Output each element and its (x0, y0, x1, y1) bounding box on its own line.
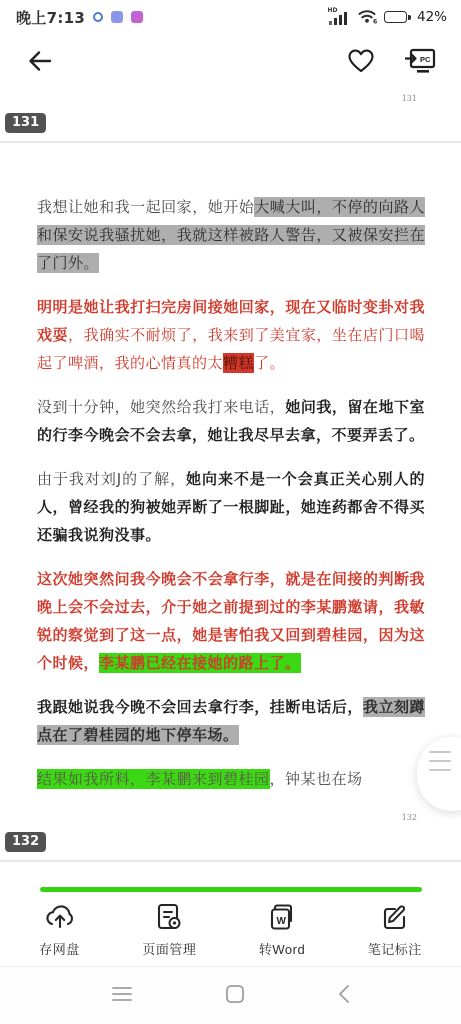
toolbar-label: 存网盘 (39, 939, 80, 958)
page-divider (0, 141, 461, 143)
cell-signal-icon: HD (329, 8, 351, 26)
green-highlighted-red-text: 李某鹏已经在接她的路上了。 (99, 653, 301, 673)
toolbar-label: 笔记标注 (368, 939, 422, 958)
heart-icon (347, 48, 375, 77)
app-toolbar: PC (0, 30, 461, 88)
to-word-button[interactable]: W 转Word (259, 903, 305, 958)
back-button[interactable] (22, 43, 58, 82)
bottom-toolbar: 存网盘 页面管理 W 转Word (0, 892, 461, 966)
paragraph-5: 这次她突然问我今晚会不会拿行李，就是在间接的判断我晚上会不会过去，介于她之前提到… (37, 565, 425, 677)
recents-icon (111, 990, 133, 1005)
send-to-pc-icon: PC (405, 46, 437, 79)
battery-icon (384, 11, 411, 23)
page-manage-button[interactable]: 页面管理 (142, 903, 196, 958)
home-icon (225, 992, 245, 1007)
back-nav-button[interactable] (331, 978, 357, 1013)
svg-text:PC: PC (420, 55, 431, 64)
to-word-icon: W (267, 903, 297, 934)
back-icon (337, 992, 351, 1007)
wifi-icon: 6 (357, 7, 378, 28)
paragraph-1: 我想让她和我一起回家，她开始大喊大叫，不停的向路人和保安说我骚扰她，我就这样被路… (37, 193, 425, 277)
page-132-header: 132 132 (0, 813, 461, 862)
green-highlighted-text: 结果如我所料，李某鹏来到碧桂园 (37, 769, 270, 789)
paragraph-3: 没到十分钟，她突然给我打来电话，她问我，留在地下室的行李今晚会不会去拿，她让我尽… (37, 393, 425, 449)
toolbar-label: 页面管理 (142, 939, 196, 958)
paragraph-6: 我跟她说我今晚不会回去拿行李，挂断电话后，我立刻蹲点在了碧桂园的地下停车场。 (37, 693, 425, 749)
app-notification-icon (111, 11, 123, 23)
note-annotate-icon (380, 903, 410, 934)
page-manage-icon (154, 903, 184, 934)
app-notification-icon-2 (131, 11, 143, 23)
svg-text:W: W (277, 916, 287, 927)
save-to-cloud-button[interactable]: 存网盘 (39, 903, 80, 958)
text-segment: 我想让她和我一起回家，她开始 (37, 198, 254, 216)
paragraph-4: 由于我对刘J的了解，她向来不是一个会真正关心别人的人，曾经我的狗被她弄断了一根脚… (37, 465, 425, 549)
cloud-upload-icon (43, 903, 77, 934)
toolbar-label: 转Word (259, 939, 305, 958)
status-bar: 晚上7:13 HD 6 42% (0, 0, 461, 30)
clock: 晚上7:13 (16, 7, 85, 28)
battery-percent: 42% (417, 9, 447, 25)
home-button[interactable] (219, 978, 251, 1013)
page-badge-131[interactable]: 131 (5, 113, 46, 133)
svg-text:6: 6 (373, 18, 377, 24)
bold-text: 我跟她说我今晚不会回去拿行李，挂断电话后， (37, 698, 363, 716)
send-to-pc-button[interactable]: PC (401, 42, 441, 83)
page-divider (0, 860, 461, 862)
recents-button[interactable] (105, 980, 139, 1011)
paragraph-2: 明明是她让我打扫完房间接她回家，现在又临时变卦对我戏耍，我确实不耐烦了，我来到了… (37, 293, 425, 377)
red-highlighted-text: 糟糕 (223, 353, 254, 373)
text-segment: 没到十分钟，她突然给我打来电话， (37, 398, 285, 416)
paragraph-7: 结果如我所料，李某鹏来到碧桂园，钟某也在场 (37, 765, 425, 793)
page-badge-132[interactable]: 132 (5, 832, 46, 852)
system-nav-bar (0, 966, 461, 1024)
page-number-corner: 132 (0, 813, 461, 822)
page-131-text: 我想让她和我一起回家，她开始大喊大叫，不停的向路人和保安说我骚扰她，我就这样被路… (0, 193, 461, 793)
text-segment: 由于我对刘J的了解， (37, 470, 186, 488)
page-number-corner: 131 (0, 94, 461, 103)
text-segment: ，钟某也在场 (270, 770, 363, 788)
red-text: 了。 (254, 354, 285, 372)
back-arrow-icon (26, 47, 54, 78)
notification-dot-icon (93, 12, 103, 22)
note-annotate-button[interactable]: 笔记标注 (368, 903, 422, 958)
document-view: 131 131 我想让她和我一起回家，她开始大喊大叫，不停的向路人和保安说我骚扰… (0, 94, 461, 862)
favorite-button[interactable] (343, 44, 379, 81)
footer: 存网盘 页面管理 W 转Word (0, 887, 461, 1024)
